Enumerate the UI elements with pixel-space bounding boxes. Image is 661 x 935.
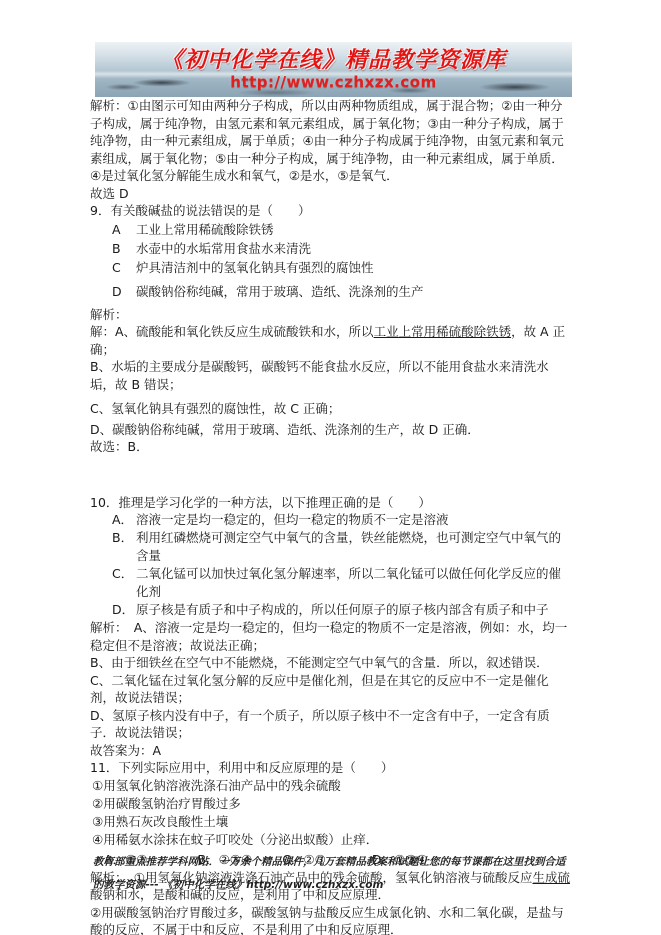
banner-title: 《初中化学在线》精品教学资源库: [95, 47, 572, 73]
q10-option-d-label: D．: [112, 601, 136, 619]
q10-option-c: C． 二氧化锰可以加快过氧化氢分解速率，所以二氧化锰可以做任何化学反应的催化剂: [112, 565, 573, 601]
q9-option-c-label: C: [112, 258, 136, 277]
q9-analysis-a: 解：A、硫酸能和氧化铁反应生成硫酸铁和水，所以工业上常用稀硫酸除铁锈，故 A 正…: [90, 323, 573, 358]
q10-option-c-label: C．: [112, 565, 136, 601]
q10-stem: 10．推理是学习化学的一种方法，以下推理正确的是（ ）: [90, 494, 573, 512]
q9-option-d-label: D: [112, 282, 136, 301]
q10-answer: 故答案为：A: [90, 742, 573, 760]
q9-analysis-label: 解析：: [90, 306, 573, 324]
q9-analysis-b: B、水垢的主要成分是碳酸钙，碳酸钙不能食盐水反应，所以不能用食盐水来清洗水垢，故…: [90, 358, 573, 393]
q11-item-2: ②用碳酸氢钠治疗胃酸过多: [92, 795, 573, 813]
q10-option-d: D． 原子核是有质子和中子构成的，所以任何原子的原子核内部含有质子和中子: [112, 601, 573, 619]
q11-item-4: ④用稀氨水涂抹在蚊子叮咬处（分泌出蚁酸）止痒．: [92, 831, 573, 849]
q10-option-b-text: 利用红磷燃烧可测定空气中氧气的含量，铁丝能燃烧，也可测定空气中氧气的含量: [136, 529, 573, 565]
q9-option-b-label: B: [112, 239, 136, 258]
q10-option-a: A． 溶液一定是均一稳定的，但均一稳定的物质不一定是溶液: [112, 511, 573, 529]
q9-option-c-text: 炉具清洁剂中的氢氧化钠具有强烈的腐蚀性: [136, 258, 374, 277]
q10-option-b-label: B．: [112, 529, 136, 565]
q10-analysis-a: 解析： A、溶液一定是均一稳定的，但均一稳定的物质不一定是溶液，例如：水，均一稳…: [90, 619, 573, 654]
document-content: 解析：①由图示可知由两种分子构成，所以由两种物质组成，属于混合物；②由一种分子构…: [90, 97, 573, 935]
q11-item-3: ③用熟石灰改良酸性土壤: [92, 813, 573, 831]
q9-stem: 9．有关酸碱盐的说法错误的是（ ）: [90, 202, 573, 220]
q10-analysis-d: D、氢原子核内没有中子，有一个质子，所以原子核中不一定含有中子，一定含有质子．故…: [90, 707, 573, 742]
banner-url: http://www.czhxzx.com: [95, 73, 572, 91]
q11-analysis-2: ②用碳酸氢钠治疗胃酸过多，碳酸氢钠与盐酸反应生成氯化钠、水和二氧化碳，是盐与酸的…: [90, 904, 573, 935]
q10-option-a-label: A．: [112, 511, 136, 529]
q8-analysis: 解析：①由图示可知由两种分子构成，所以由两种物质组成，属于混合物；②由一种分子构…: [90, 97, 573, 185]
q11-stem: 11．下列实际应用中，利用中和反应原理的是（ ）: [90, 759, 573, 777]
q9-option-a-text: 工业上常用稀硫酸除铁锈: [136, 220, 274, 239]
site-banner-image: 《初中化学在线》精品教学资源库 http://www.czhxzx.com: [95, 42, 572, 97]
footer-note: 教育部重点推荐学科网站．一万余个精品课件，几万套精品教案和试题让您的每节课都在这…: [93, 851, 571, 897]
q11-item-1: ①用氢氧化钠溶液洗涤石油产品中的残余硫酸: [92, 777, 573, 795]
q8-answer: 故选 D: [90, 185, 573, 203]
q9-answer: 故选：B．: [90, 438, 573, 456]
q9-option-a: A 工业上常用稀硫酸除铁锈: [112, 220, 573, 239]
q9-option-b-text: 水壶中的水垢常用食盐水来清洗: [136, 239, 311, 258]
q9-analysis-a-prefix: 解：A、硫酸能和氧化铁反应生成硫酸铁和水，所以: [90, 324, 374, 339]
q9-option-c: C 炉具清洁剂中的氢氧化钠具有强烈的腐蚀性: [112, 258, 573, 277]
q9-option-a-label: A: [112, 220, 136, 239]
q10-analysis-b: B、由于细铁丝在空气中不能燃烧，不能测定空气中氧气的含量．所以，叙述错误．: [90, 654, 573, 672]
q10-analysis-c: C、二氧化锰在过氧化氢分解的反应中是催化剂，但是在其它的反应中不一定是催化剂，故…: [90, 672, 573, 707]
q9-option-d: D 碳酸钠俗称纯碱，常用于玻璃、造纸、洗涤剂的生产: [112, 282, 573, 301]
q10-option-c-text: 二氧化锰可以加快过氧化氢分解速率，所以二氧化锰可以做任何化学反应的催化剂: [136, 565, 573, 601]
document-page: 《初中化学在线》精品教学资源库 http://www.czhxzx.com 解析…: [0, 0, 661, 935]
q9-analysis-d: D、碳酸钠俗称纯碱，常用于玻璃、造纸、洗涤剂的生产，故 D 正确．: [90, 421, 573, 439]
q9-option-d-text: 碳酸钠俗称纯碱，常用于玻璃、造纸、洗涤剂的生产: [136, 282, 424, 301]
q9-option-b: B 水壶中的水垢常用食盐水来清洗: [112, 239, 573, 258]
q9-analysis-c: C、氢氧化钠具有强烈的腐蚀性，故 C 正确；: [90, 400, 573, 418]
q10-option-d-text: 原子核是有质子和中子构成的，所以任何原子的原子核内部含有质子和中子: [136, 601, 549, 619]
q9-analysis-a-underlined: 工业上常用稀硫酸除铁锈: [374, 324, 512, 339]
q10-option-b: B． 利用红磷燃烧可测定空气中氧气的含量，铁丝能燃烧，也可测定空气中氧气的含量: [112, 529, 573, 565]
q10-option-a-text: 溶液一定是均一稳定的，但均一稳定的物质不一定是溶液: [136, 511, 449, 529]
